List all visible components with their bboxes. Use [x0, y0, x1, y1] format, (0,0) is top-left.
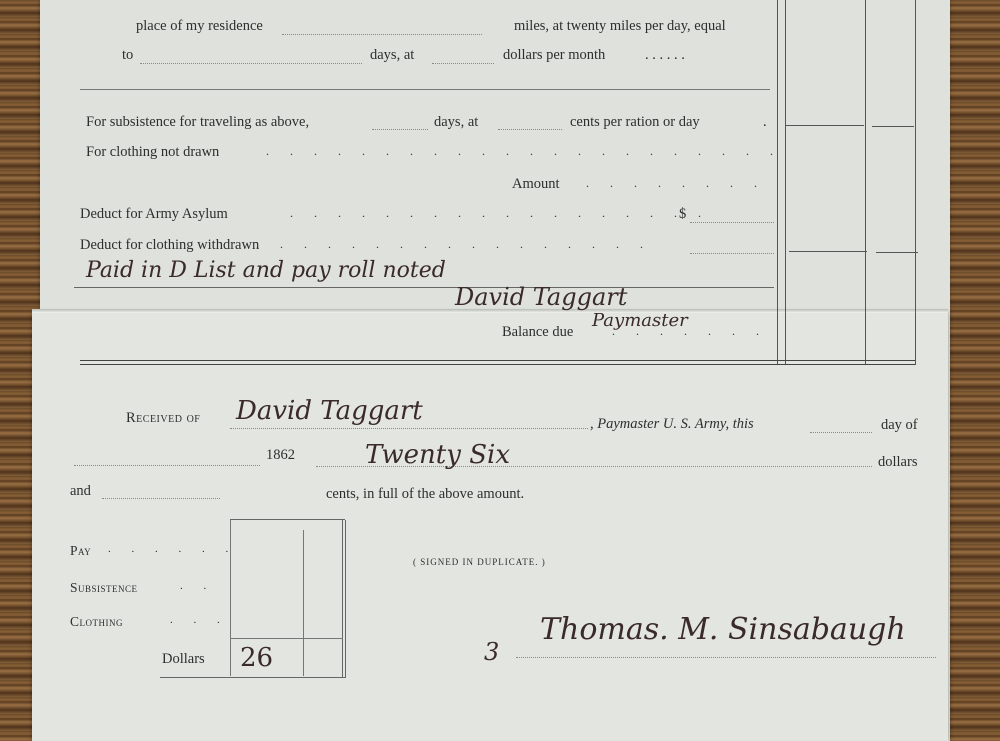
clothing-withdrawn-amount-field[interactable] [690, 253, 774, 254]
to-label: to [122, 47, 133, 64]
subsistence-days-label: days, at [434, 114, 478, 131]
paymaster-title-label: , Paymaster U. S. Army, this [590, 416, 754, 433]
summary-subsistence-label: Subsistence [70, 580, 138, 596]
day-of-label: day of [881, 417, 918, 434]
amount-rule-subsistence-cents [872, 126, 914, 127]
and-label: and [70, 483, 91, 500]
handwritten-dollars-total: 26 [240, 643, 273, 673]
clothing-not-drawn-label: For clothing not drawn [86, 144, 219, 161]
summary-box-bottom [160, 677, 346, 678]
handwritten-signer-signature: Thomas. M. Sinsabaugh [540, 612, 906, 647]
subsistence-end-dot: . [763, 114, 767, 131]
summary-box-right [342, 520, 343, 678]
travel-days-field[interactable] [140, 63, 362, 64]
balance-due-leader: . . . . . . . [612, 324, 768, 339]
summary-clothing-leader: . . . [170, 614, 229, 626]
dollars-per-month-label: dollars per month [503, 47, 605, 64]
signed-in-duplicate-note: ( SIGNED IN DUPLICATE. ) [413, 557, 546, 567]
receipt-day-field[interactable] [810, 432, 872, 433]
summary-box-top [230, 519, 345, 520]
army-asylum-currency: $ [679, 206, 686, 223]
clothing-withdrawn-leader: . . . . . . . . . . . . . . . . . [256, 237, 652, 252]
clothing-not-drawn-leader: . . . . . . . . . . . . . . . . . . . . … [266, 144, 782, 159]
paymaster-name-field[interactable] [230, 428, 588, 429]
amount-column-border-right [915, 0, 916, 365]
army-asylum-amount-field[interactable] [690, 222, 774, 223]
receipt-month-field[interactable] [74, 465, 260, 466]
amount-rule-withdrawn-dollars [789, 251, 867, 252]
signature-field[interactable] [516, 657, 936, 658]
handwritten-paymaster-name: David Taggart [236, 396, 423, 426]
summary-pay-leader: . . . . . . [108, 543, 237, 555]
amount-leader: . . . . . . . . [586, 176, 766, 191]
clothing-withdrawn-label: Deduct for clothing withdrawn [80, 237, 259, 254]
days-at-label: days, at [370, 47, 414, 64]
travel-section-rule [80, 89, 770, 90]
summary-box-divider [303, 530, 304, 676]
subsistence-days-field[interactable] [372, 129, 428, 130]
summary-clothing-label: Clothing [70, 614, 123, 630]
summary-box-left [230, 520, 231, 676]
army-asylum-leader: . . . . . . . . . . . . . . . . . . [290, 206, 710, 221]
amount-rule-withdrawn-cents [876, 252, 918, 253]
amount-column-divider [865, 0, 866, 365]
amount-rule-subsistence-dollars [786, 125, 864, 126]
residence-field[interactable] [282, 34, 482, 35]
amount-column-border-left-inner [785, 0, 786, 365]
amount-column-border-left [777, 0, 778, 365]
summary-pay-label: Pay [70, 543, 91, 559]
form-end-double-rule-bottom [80, 364, 915, 365]
summary-box-total-rule [231, 638, 343, 639]
handwritten-amount-words: Twenty Six [365, 440, 510, 470]
cents-text: cents, in full of the above amount. [326, 486, 524, 503]
cents-field[interactable] [102, 498, 220, 499]
subsistence-label: For subsistence for traveling as above, [86, 114, 309, 131]
handwritten-paymaster-signature: David Taggart [455, 283, 627, 311]
army-asylum-label: Deduct for Army Asylum [80, 206, 228, 223]
summary-box-right-outer [345, 520, 346, 678]
month-dot-leader: . . . . . . [645, 47, 685, 64]
received-of-label: Received of [126, 410, 200, 427]
balance-due-label: Balance due [502, 324, 573, 341]
dollars-per-month-field[interactable] [432, 63, 494, 64]
signer-mark: 3 [484, 638, 499, 666]
amount-label: Amount [512, 176, 560, 193]
residence-label: place of my residence [136, 18, 263, 35]
miles-label: miles, at twenty miles per day, equal [514, 18, 726, 35]
subsistence-cents-label: cents per ration or day [570, 114, 700, 131]
handwritten-paid-note: Paid in D List and pay roll noted [86, 258, 446, 283]
summary-dollars-label: Dollars [162, 651, 205, 668]
annotation-underline [74, 287, 774, 288]
form-end-double-rule-top [80, 360, 915, 361]
summary-subsistence-leader: . . [180, 580, 215, 592]
dollars-label: dollars [878, 454, 917, 471]
subsistence-cents-field[interactable] [498, 129, 562, 130]
receipt-year: 1862 [266, 447, 295, 464]
